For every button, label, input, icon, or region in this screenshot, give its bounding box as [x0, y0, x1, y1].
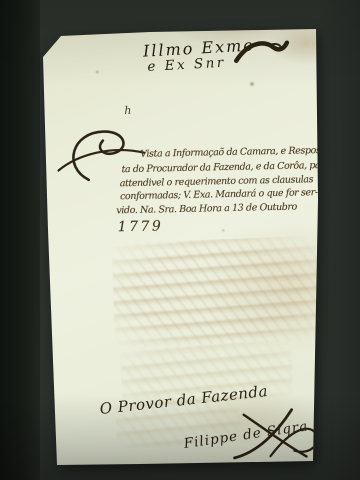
margin-note: h — [124, 104, 131, 117]
signature-flourish-icon — [172, 405, 325, 466]
ink-bleed-through-upper — [111, 235, 323, 348]
body-line-6-year: 1779 — [118, 218, 164, 235]
manuscript-paper: Illmo Exmo e Ex Snr h Vista a Informaçaõ… — [0, 0, 360, 480]
body-line-3: attendivel o requerimento com as clausul… — [120, 174, 314, 189]
manuscript-content: Illmo Exmo e Ex Snr h Vista a Informaçaõ… — [0, 0, 360, 480]
paper-wrap: Illmo Exmo e Ex Snr h Vista a Informaçaõ… — [0, 0, 360, 480]
left-edge-ink-squiggle-icon — [30, 231, 49, 257]
salutation-line-2: e Ex Snr — [147, 55, 226, 75]
body-line-2: ta do Procurador da Fazenda, e da Corôa,… — [121, 159, 339, 175]
photo-canvas: { "scene": { "description": "Photograph … — [0, 0, 360, 480]
body-line-4: conformadas; V. Exa. Mandará o que for s… — [120, 187, 318, 202]
salutation-rubric-flourish-icon — [234, 38, 293, 67]
body-line-5-date: vido. Na. Sra. Boa Hora a 13 de Outubro — [116, 201, 297, 216]
body-line-1: Vista a Informaçaõ da Camara, e Respos- — [140, 145, 323, 160]
initial-letter-flourish-icon — [56, 123, 149, 185]
